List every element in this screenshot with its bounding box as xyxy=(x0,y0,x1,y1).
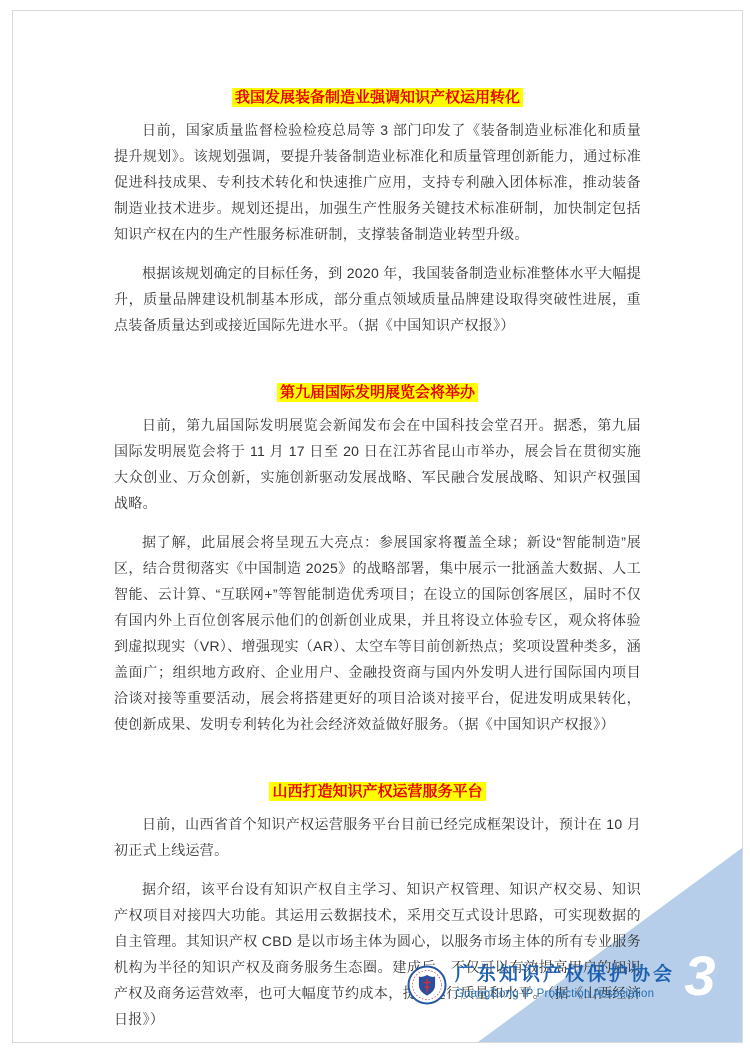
document-viewport: 我国发展装备制造业强调知识产权运用转化 日前，国家质量监督检验检疫总局等 3 部… xyxy=(0,0,750,1054)
association-emblem-icon xyxy=(407,965,447,1005)
article-title: 第九届国际发明展览会将举办 xyxy=(114,382,641,403)
document-page: 我国发展装备制造业强调知识产权运用转化 日前，国家质量监督检验检疫总局等 3 部… xyxy=(12,10,743,1043)
association-name-block: 广东知识产权保护协会 GuangDong IP Protection Assoc… xyxy=(455,963,675,1002)
article-paragraph: 根据该规划确定的目标任务，到 2020 年，我国装备制造业标准整体水平大幅提升，… xyxy=(114,260,641,338)
article-paragraph: 日前，山西省首个知识产权运营服务平台目前已经完成框架设计，预计在 10 月初正式… xyxy=(114,811,641,863)
association-name-chinese: 广东知识产权保护协会 xyxy=(455,963,675,987)
highlighted-title-text: 我国发展装备制造业强调知识产权运用转化 xyxy=(232,88,523,107)
article-paragraph: 据介绍，该平台设有知识产权自主学习、知识产权管理、知识产权交易、知识产权项目对接… xyxy=(114,876,641,1032)
highlighted-title-text: 第九届国际发明展览会将举办 xyxy=(277,383,478,402)
highlighted-title-text: 山西打造知识产权运营服务平台 xyxy=(269,782,485,801)
article-paragraph: 日前，第九届国际发明展览会新闻发布会在中国科技会堂召开。据悉，第九届国际发明展览… xyxy=(114,412,641,516)
page-content: 我国发展装备制造业强调知识产权运用转化 日前，国家质量监督检验检疫总局等 3 部… xyxy=(114,87,641,1043)
page-number: 3 xyxy=(665,941,735,1011)
article-title: 山西打造知识产权运营服务平台 xyxy=(114,781,641,802)
article-paragraph: 据了解，此届展会将呈现五大亮点：参展国家将覆盖全球；新设“智能制造”展区，结合贯… xyxy=(114,529,641,737)
article-paragraph: 日前，国家质量监督检验检疫总局等 3 部门印发了《装备制造业标准化和质量提升规划… xyxy=(114,117,641,247)
article-equipment-manufacturing: 我国发展装备制造业强调知识产权运用转化 日前，国家质量监督检验检疫总局等 3 部… xyxy=(114,87,641,338)
association-name-english: GuangDong IP Protection Association xyxy=(455,987,675,1002)
article-invention-exhibition: 第九届国际发明展览会将举办 日前，第九届国际发明展览会新闻发布会在中国科技会堂召… xyxy=(114,382,641,737)
article-title: 我国发展装备制造业强调知识产权运用转化 xyxy=(114,87,641,108)
footer-branding: 广东知识产权保护协会 GuangDong IP Protection Assoc… xyxy=(407,963,675,1005)
